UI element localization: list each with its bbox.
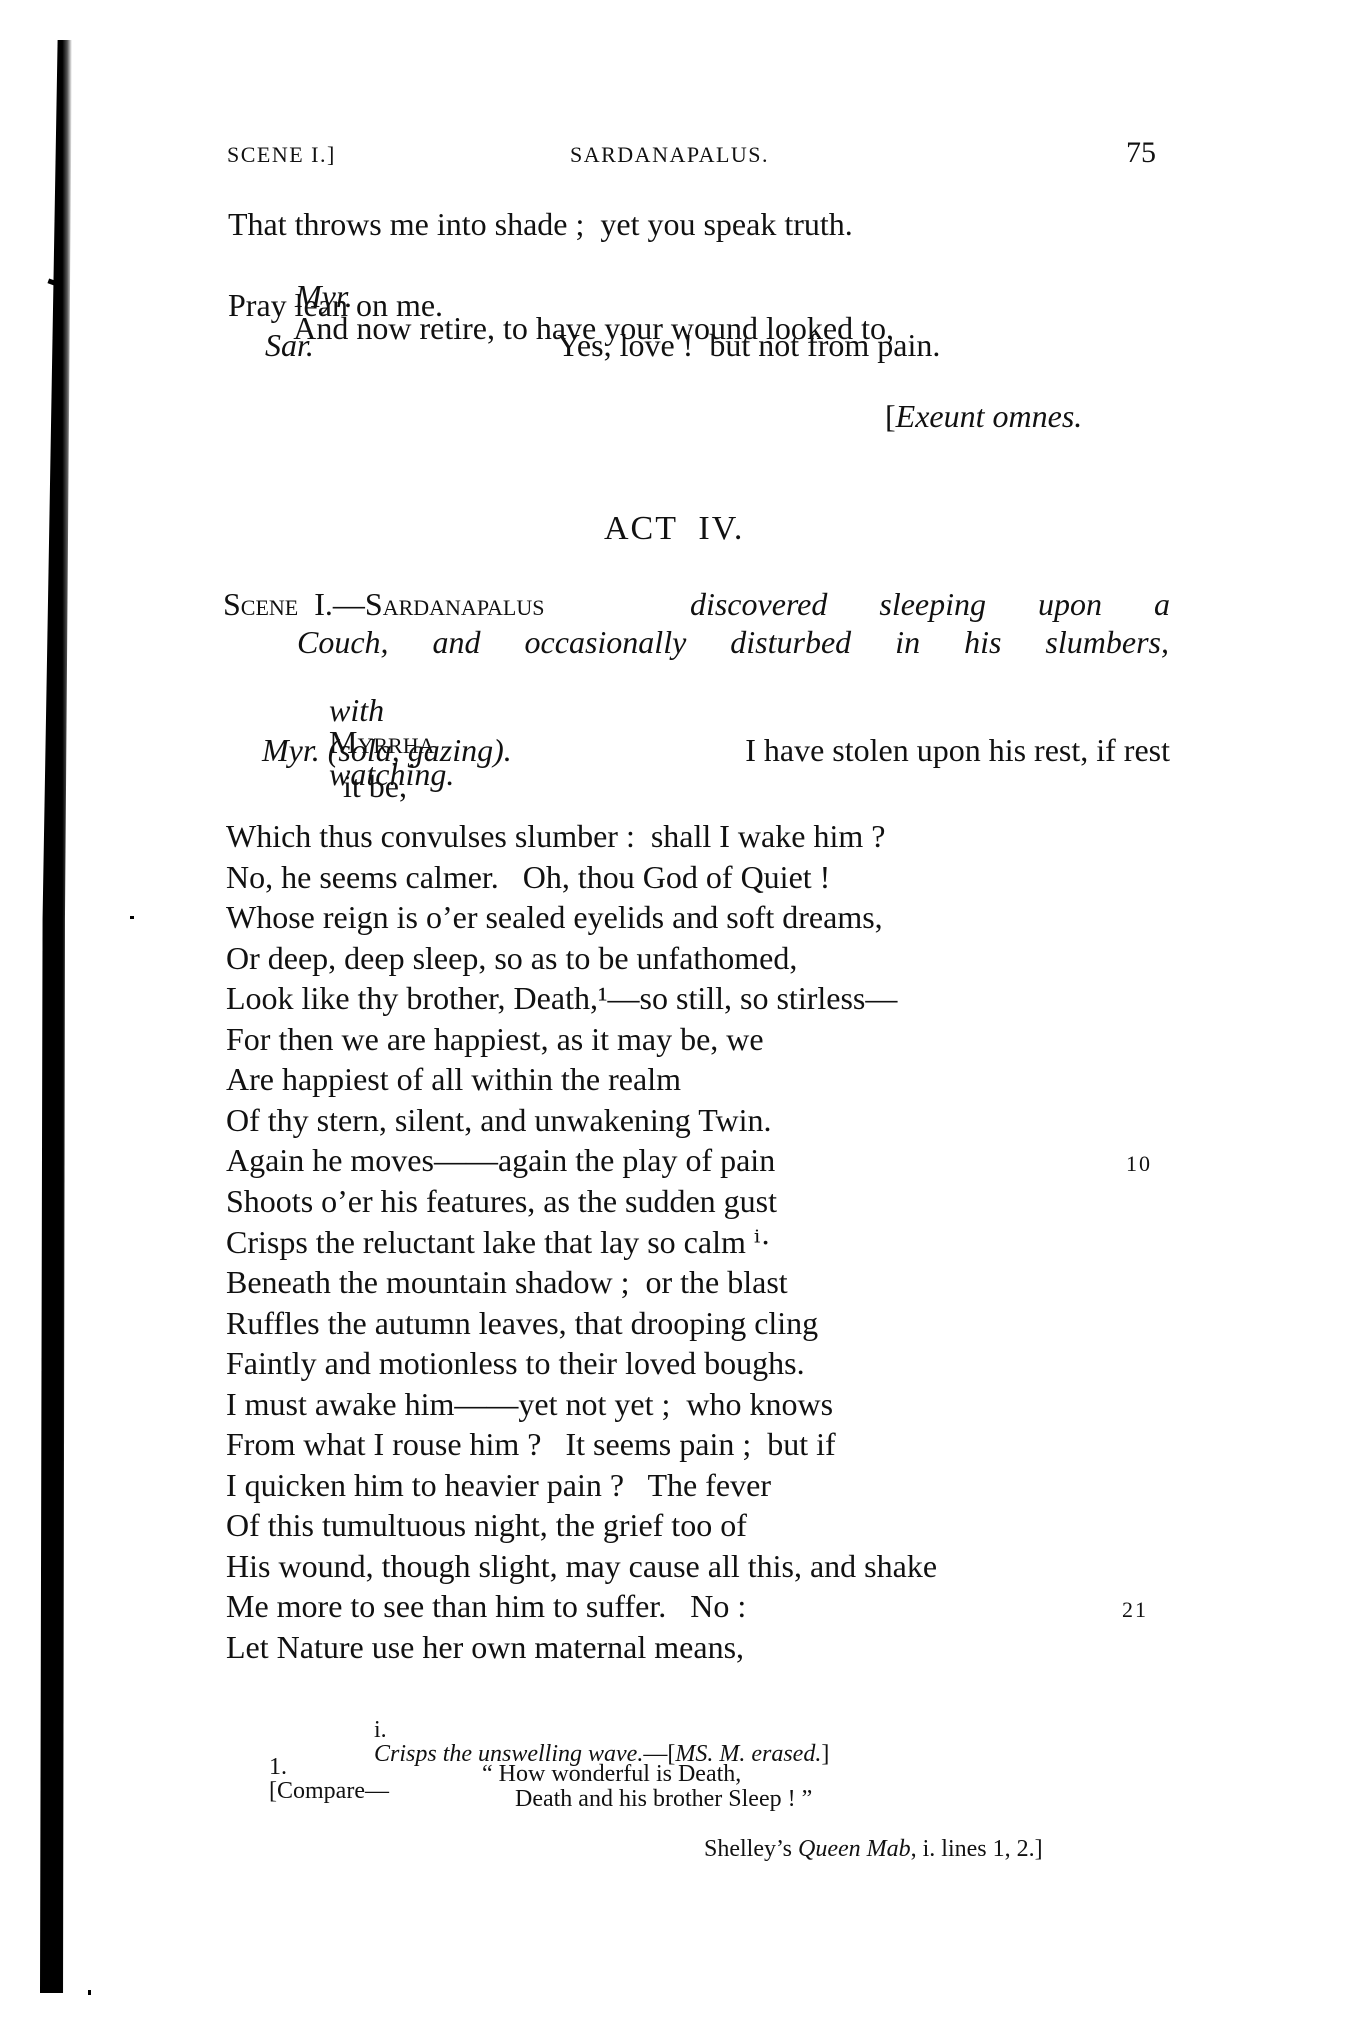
scene-heading-line-2: Couch, and occasionally disturbed in his… bbox=[297, 626, 1170, 658]
citation-title: Queen Mab bbox=[798, 1836, 911, 1862]
speaker-name: Myr. bbox=[262, 732, 320, 768]
character-name: Sardanapalus bbox=[365, 586, 545, 622]
speech-first-line: Myr. (sola, gazing). I have stolen upon … bbox=[262, 734, 1170, 766]
footnote-lead-text: [Compare— bbox=[269, 1778, 389, 1804]
speech-intro: Myr. (sola, gazing). bbox=[262, 734, 512, 766]
scene-label: Scene bbox=[223, 586, 298, 622]
verse-line: For then we are happiest, as it may be, … bbox=[226, 1023, 764, 1055]
stage-direction-text: (sola, gazing). bbox=[328, 732, 512, 768]
scene-number: I.— bbox=[314, 586, 365, 622]
scene-direction-text: with bbox=[329, 692, 384, 728]
book-page: SCENE I.] SARDANAPALUS. 75 That throws m… bbox=[0, 0, 1359, 2035]
running-header-title: SARDANAPALUS. bbox=[570, 144, 769, 166]
verse-line: Pray lean on me. bbox=[228, 289, 443, 321]
verse-line: Of this tumultuous night, the grief too … bbox=[226, 1509, 747, 1541]
verse-line: Ruffles the autumn leaves, that drooping… bbox=[226, 1307, 818, 1339]
scene-direction-text: discovered sleeping upon a bbox=[690, 588, 1170, 620]
verse-line: Faintly and motionless to their loved bo… bbox=[226, 1347, 805, 1379]
verse-line: Whose reign is o’er sealed eyelids and s… bbox=[226, 901, 883, 933]
speech-text: I have stolen upon his rest, if rest bbox=[745, 734, 1170, 766]
act-heading: ACT IV. bbox=[604, 512, 744, 546]
footnote-note-lead: 1. [Compare— bbox=[245, 1731, 389, 1827]
verse-line: I quicken him to heavier pain ? The feve… bbox=[226, 1469, 771, 1501]
line-number: 10 bbox=[1126, 1153, 1152, 1175]
verse-line: Look like thy brother, Death,¹—so still,… bbox=[226, 982, 897, 1014]
verse-line: No, he seems calmer. Oh, thou God of Qui… bbox=[226, 861, 830, 893]
footnote-citation: Shelley’s Queen Mab, i. lines 1, 2.] bbox=[680, 1813, 1043, 1885]
running-header-left: SCENE I.] bbox=[227, 144, 336, 166]
scan-speck bbox=[130, 916, 134, 919]
scene-label-group: Scene I.—Sardanapalus bbox=[223, 588, 544, 620]
verse-line: Again he moves——again the play of pain bbox=[226, 1144, 775, 1176]
footnote-quote-line: “ How wonderful is Death, bbox=[482, 1762, 741, 1786]
stage-direction-text: Exeunt omnes. bbox=[896, 398, 1083, 434]
stage-bracket: [ bbox=[885, 398, 896, 434]
verse-line-continuation: it be, bbox=[343, 770, 407, 802]
scan-speck bbox=[88, 1990, 91, 1995]
verse-line: That throws me into shade ; yet you spea… bbox=[228, 208, 853, 240]
citation-author: Shelley’s bbox=[704, 1836, 798, 1862]
verse-line: Or deep, deep sleep, so as to be unfatho… bbox=[226, 942, 797, 974]
scene-heading-line-1: Scene I.—Sardanapalus discovered sleepin… bbox=[223, 588, 1170, 620]
verse-line: I must awake him——yet not yet ; who know… bbox=[226, 1388, 833, 1420]
page-number: 75 bbox=[1126, 138, 1156, 168]
verse-line: Beneath the mountain shadow ; or the bla… bbox=[226, 1266, 788, 1298]
verse-line: Of thy stern, silent, and unwakening Twi… bbox=[226, 1104, 772, 1136]
verse-line: Are happiest of all within the realm bbox=[226, 1063, 681, 1095]
citation-location: , i. lines 1, 2.] bbox=[911, 1836, 1043, 1862]
verse-line: Shoots o’er his features, as the sudden … bbox=[226, 1185, 777, 1217]
stage-direction: [Exeunt omnes. bbox=[853, 368, 1082, 464]
speech-text: Yes, love ! but not from pain. bbox=[557, 329, 940, 361]
footnote-bracket-close: ] bbox=[821, 1741, 829, 1767]
speaker-name: Sar. bbox=[265, 329, 314, 361]
verse-line: Which thus convulses slumber : shall I w… bbox=[226, 820, 885, 852]
verse-line: Let Nature use her own maternal means, bbox=[226, 1631, 744, 1663]
verse-line: His wound, though slight, may cause all … bbox=[226, 1550, 937, 1582]
verse-line: Crisps the reluctant lake that lay so ca… bbox=[226, 1226, 771, 1258]
footnote-marker: 1. bbox=[269, 1754, 287, 1780]
binding-edge-shadow bbox=[40, 40, 72, 1993]
footnote-quote-line: Death and his brother Sleep ! ” bbox=[515, 1787, 812, 1811]
verse-line: From what I rouse him ? It seems pain ; … bbox=[226, 1428, 836, 1460]
line-number: 21 bbox=[1122, 1599, 1148, 1621]
verse-line: Me more to see than him to suffer. No : bbox=[226, 1590, 746, 1622]
